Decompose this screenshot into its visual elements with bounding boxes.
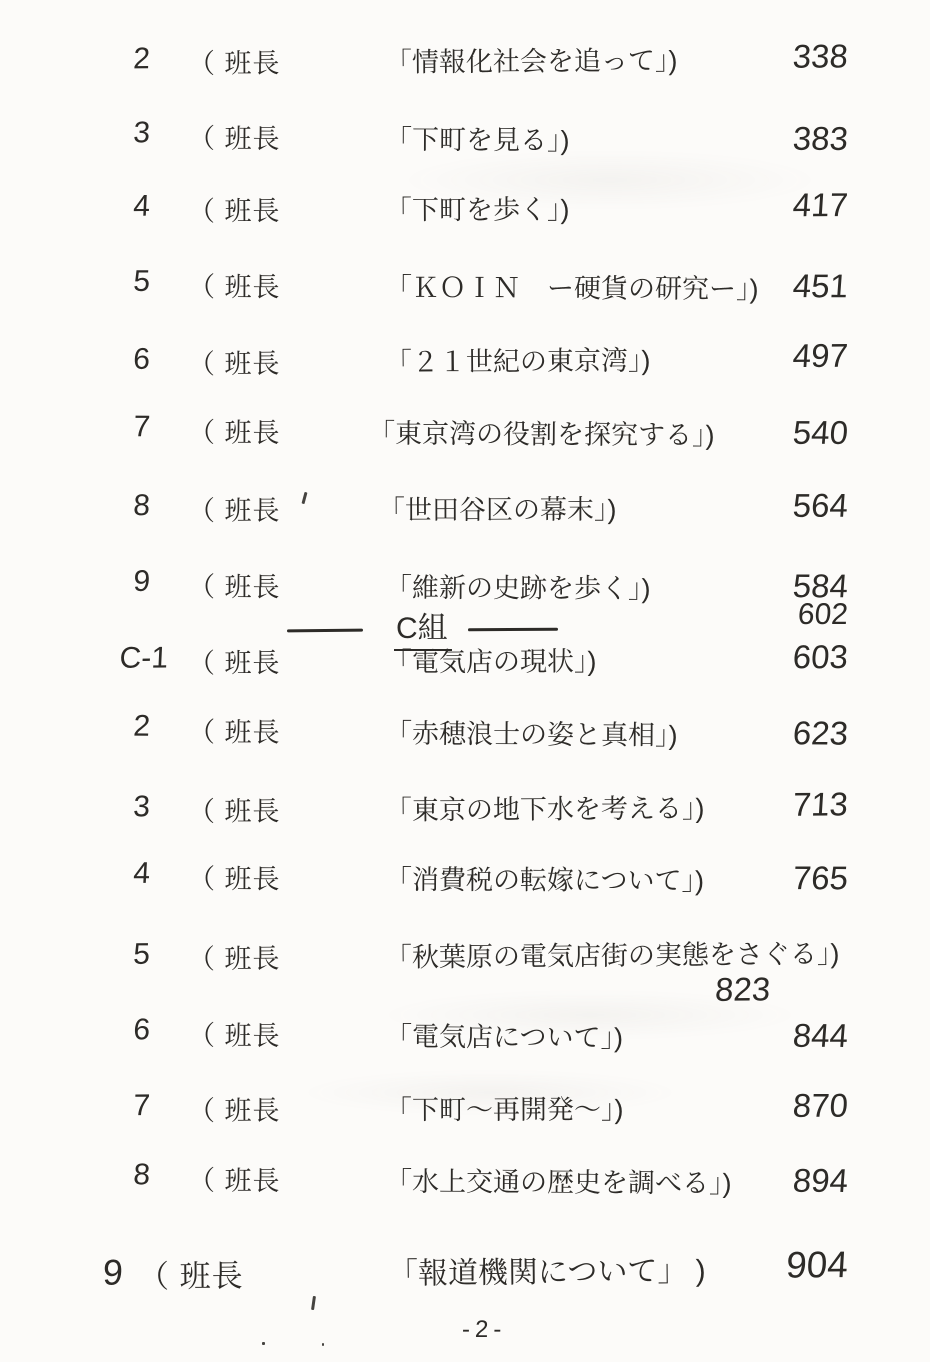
entry-title: 「消費税の転嫁について」): [385, 858, 704, 898]
entry-title: 「ＫＯＩＮ ー硬貨の研究ー」): [385, 266, 759, 306]
entry-title: 「２１世紀の東京湾」): [385, 338, 651, 379]
leader-label: （ 班長: [188, 1014, 281, 1053]
item-number: C-1: [99, 642, 169, 676]
page-number: 497: [749, 337, 849, 376]
page-number: 844: [749, 1016, 850, 1054]
entry-title: 「電気店について」): [385, 1015, 623, 1055]
toc-row: 7 （ 班長 「東京湾の役割を探究する」) 540: [0, 410, 930, 473]
page-number: 823: [679, 970, 771, 1009]
toc-row: 6 （ 班長 「電気店について」) 844: [0, 1013, 930, 1076]
page-number: 540: [749, 413, 850, 451]
page-number: 623: [749, 714, 850, 753]
toc-row: 2 （ 班長 「情報化社会を追って」) 338: [0, 37, 930, 101]
item-number: 5: [94, 265, 151, 299]
toc-row: 9 （ 班長 「報道機関について」 ) 904: [0, 1243, 930, 1311]
page-number: 417: [749, 186, 849, 225]
entry-title: 「下町〜再開発〜」): [385, 1087, 624, 1127]
page-number: 451: [749, 267, 850, 305]
divider-line-right: [468, 628, 558, 632]
leader-label: （ 班長: [188, 641, 281, 680]
item-number: 6: [94, 1013, 151, 1047]
toc-row: C-1 （ 班長 「電気店の現状」) 603: [0, 638, 930, 701]
leader-label: （ 班長: [188, 937, 281, 977]
entry-title: 「水上交通の歴史を調べる」): [385, 1160, 732, 1201]
leader-label: （ 班長: [188, 1089, 281, 1128]
leader-label: （ 班長: [188, 710, 281, 750]
entry-title: 「赤穂浪士の姿と真相」): [385, 711, 678, 752]
item-number: 9: [94, 565, 151, 599]
divider-line-left: [287, 629, 363, 633]
toc-row: 4 （ 班長 「消費税の転嫁について」) 765: [0, 856, 930, 917]
page-number: 713: [749, 785, 849, 824]
item-number: 8: [94, 1158, 151, 1192]
entry-title: 「電気店の現状」): [385, 639, 597, 679]
entry-title: 「下町を見る」): [385, 118, 570, 158]
leader-label: （ 班長: [188, 41, 281, 81]
leader-label: （ 班長: [188, 189, 281, 228]
leader-label: （ 班長: [188, 789, 281, 829]
toc-row: 8 （ 班長 「水上交通の歴史を調べる」) 894: [0, 1158, 930, 1221]
leader-label: （ 班長: [188, 489, 281, 528]
toc-row: 5 （ 班長 「ＫＯＩＮ ー硬貨の研究ー」) 451: [0, 264, 930, 325]
page-number: 870: [749, 1087, 850, 1125]
toc-row: 2 （ 班長 「赤穂浪士の姿と真相」) 623: [0, 709, 930, 773]
entry-title: 「東京の地下水を考える」): [385, 786, 705, 827]
entry-title: 「世田谷区の幕末」): [378, 487, 617, 527]
page-number: 603: [749, 638, 849, 677]
page-number: 564: [749, 487, 850, 525]
toc-row: 3 （ 班長 「下町を見る」) 383: [0, 116, 930, 179]
page-number: 894: [749, 1161, 850, 1199]
leader-label: （ 班長: [188, 411, 281, 450]
item-number: 7: [94, 1089, 151, 1123]
item-number: 4: [94, 857, 151, 891]
entry-title: 「秋葉原の電気店街の実態をさぐる」): [385, 932, 840, 975]
entry-title: 「情報化社会を追って」): [385, 39, 678, 80]
entry-title: 「下町を歩く」): [385, 187, 570, 227]
entry-title: 「東京湾の役割を探究する」): [368, 411, 715, 452]
item-number: 5: [94, 938, 150, 972]
page-number: 602: [749, 598, 849, 632]
toc-row: 7 （ 班長 「下町〜再開発〜」) 870: [0, 1086, 930, 1147]
scan-speck: [322, 1343, 324, 1346]
toc-row: 6 （ 班長 「２１世紀の東京湾」) 497: [0, 336, 930, 402]
leader-label: （ 班長: [188, 857, 281, 896]
item-number: 6: [94, 343, 150, 377]
leader-label: （ 班長: [188, 342, 281, 382]
item-number: 8: [94, 489, 151, 523]
leader-label: （ 班長: [188, 1159, 281, 1198]
leader-label: （ 班長: [138, 1250, 244, 1296]
item-number: 2: [94, 709, 151, 743]
item-number: 3: [94, 116, 151, 150]
toc-row: 3 （ 班長 「東京の地下水を考える」) 713: [0, 785, 930, 849]
entry-title: 「報道機関について」 ): [388, 1245, 706, 1292]
page-number: 904: [749, 1244, 849, 1287]
scan-speck: [262, 1342, 265, 1345]
leader-label: （ 班長: [188, 265, 281, 304]
page-number: 383: [749, 119, 850, 157]
leader-label: （ 班長: [188, 117, 281, 156]
page-number: 765: [749, 859, 850, 897]
item-number: 2: [94, 42, 151, 76]
toc-row: 4 （ 班長 「下町を歩く」) 417: [0, 186, 930, 249]
item-number: 9: [77, 1252, 124, 1294]
item-number: 4: [94, 190, 151, 224]
toc-row: 8 （ 班長 「世田谷区の幕末」) 564: [0, 486, 930, 547]
page-number: 338: [749, 37, 849, 76]
scanned-document-page: 2 （ 班長 「情報化社会を追って」) 338 3 （ 班長 「下町を見る」) …: [0, 0, 930, 1362]
item-number: 3: [94, 790, 151, 824]
item-number: 7: [94, 410, 151, 444]
toc-row: 5 （ 班長 「秋葉原の電気店街の実態をさぐる」) 823: [0, 931, 930, 997]
page-footer: -2-: [462, 1316, 507, 1344]
